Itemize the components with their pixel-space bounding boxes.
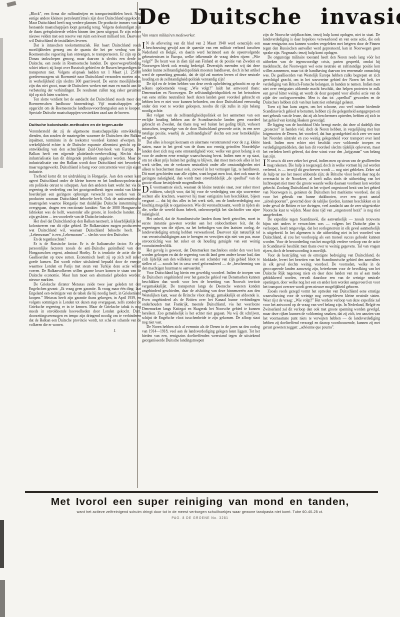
ad-small-text: want het actieve zelfreinigend schuim dr… (0, 510, 400, 520)
right-column: zijn de Noorsche strijdkrachten, tenzij … (263, 33, 380, 490)
paragraph: IN casu is dit zeer zeker het geval, ind… (263, 159, 380, 218)
paragraph: „Block”, een firma die raffinaderijen en… (29, 12, 141, 44)
drop-cap: D (142, 186, 150, 194)
paragraph: De Noren hebben zich al evenmin als de D… (142, 325, 260, 343)
paragraph: DE voornaamste eisch, waaraan de kleine … (142, 186, 260, 217)
paragraph: Het doel dat Duitschland op den Balkan n… (29, 219, 141, 237)
paragraph: IN de aflevering van dit blad van 2 Maar… (142, 42, 260, 83)
paragraph: Het volgen van de zelfstandigheidspoliti… (142, 114, 260, 141)
paragraph-text: E voornaamste eisch, waaraan de kleine n… (142, 186, 260, 217)
paragraph: De tijd en de feiten hebben van deze ree… (142, 82, 260, 113)
paragraph: Zooals reeds gezegd vormt het optreden v… (263, 290, 380, 331)
paragraph-text: N de aflevering van dit blad van 2 Maart… (142, 42, 260, 82)
middle-column: Van onzen militairen medewerker. IN de a… (142, 33, 260, 490)
paragraph: Dat alles is hoogst leerzaam en uitermat… (142, 141, 260, 186)
ad-headline: Met Ivorol een super reiniging van mond … (28, 496, 372, 508)
page-footer: PAG. 8 DE GROENE No. 3281 (0, 517, 400, 520)
paragraph: zijn de Noorsche strijdkrachten, tenzij … (263, 33, 380, 56)
paragraph: Verondersteld dat zij de algemeene maats… (29, 129, 141, 174)
paragraph: Ten slotte verdient het de aandacht dat … (29, 98, 141, 116)
paragraph: De expeditie tegen Scandinavië, die aanv… (263, 218, 380, 254)
scan-artifact (7, 1, 17, 7)
byline: Van onzen militairen medewerker. (142, 33, 260, 38)
scan-artifact (0, 38, 3, 168)
newspaper-page: De Duitsche invasie „Block”, een firma d… (0, 0, 400, 617)
paragraph: De ongunstige militaire toestand heeft d… (263, 56, 380, 106)
paragraph: De ligging van de hoofdstad Oslo brengt … (263, 123, 380, 159)
paragraph: Er is de Russische factor. Er is de Ital… (29, 242, 141, 282)
author-signature: J. (29, 329, 141, 334)
paragraph: Treffend komt dit tot uitdrukking in Hon… (29, 174, 141, 219)
paragraph: Het onheil, dat de Scandinavische landen… (142, 217, 260, 249)
ad-divider (25, 491, 378, 493)
ad-subline: want het actieve zelfreinigend schuim dr… (0, 510, 400, 514)
paragraph: De Grieksche dictator Metaxas zeide twee… (29, 282, 141, 327)
paragraph: Voor Duitschland lag hierin een geweldig… (142, 271, 260, 325)
paragraph-text: N casu is dit zeer zeker het geval, indi… (263, 159, 380, 217)
left-column: „Block”, een firma die raffinaderijen en… (29, 12, 141, 484)
section-subheading: Duitsche kolonisatie-methoden en de tege… (29, 120, 141, 128)
scan-artifact (0, 580, 5, 617)
article-title: De Duitsche invasie (138, 4, 386, 29)
paragraph: Het gevolg is geweest, dat Denemarken ma… (142, 249, 260, 272)
scan-artifact (0, 520, 4, 568)
paragraph: Voor de bestrijding van de ernstigste be… (263, 254, 380, 290)
paragraph: Toen zij hun kans zagen, om het schoone,… (263, 105, 380, 123)
paragraph: Dat is intusschen toekomstmuziek. Het ba… (29, 44, 141, 98)
